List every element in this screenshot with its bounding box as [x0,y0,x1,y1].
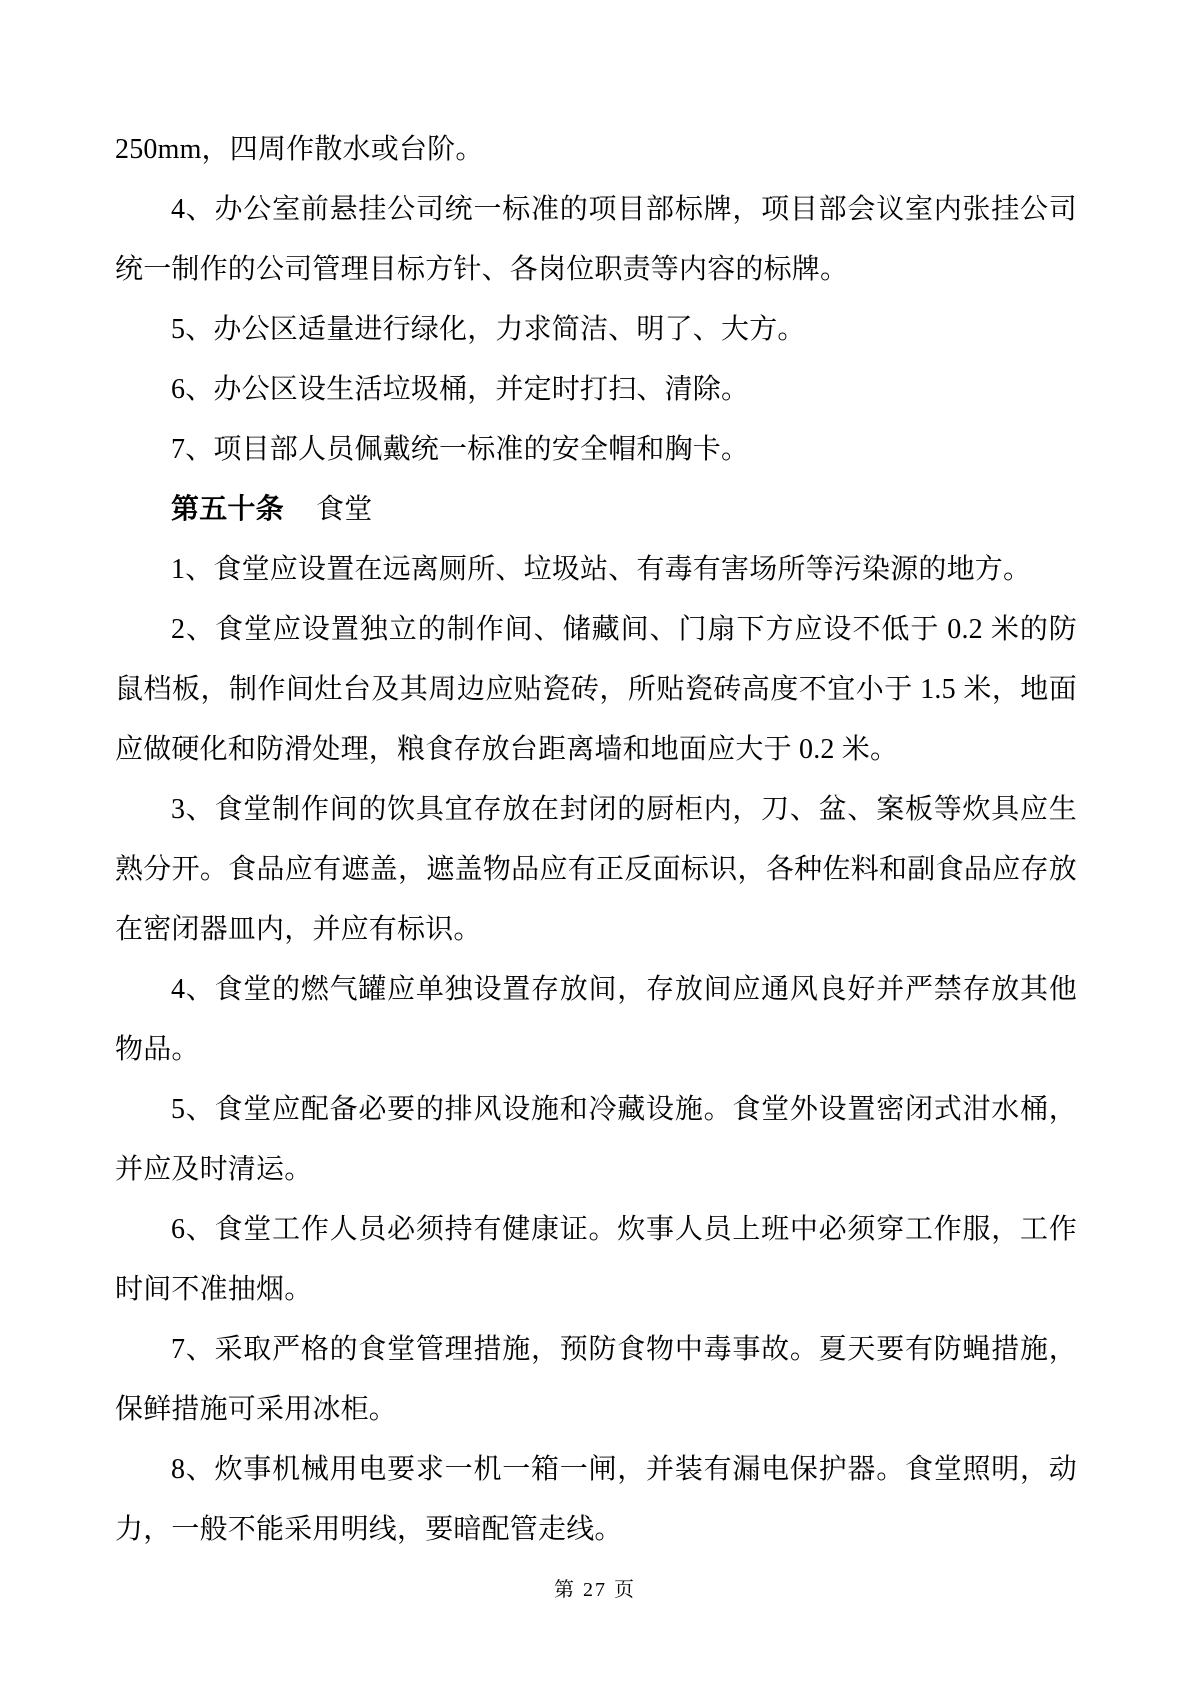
paragraph: 6、办公区设生活垃圾桶，并定时打扫、清除。 [115,360,1077,420]
paragraph: 4、办公室前悬挂公司统一标准的项目部标牌，项目部会议室内张挂公司统一制作的公司管… [115,180,1077,300]
section-heading: 第五十条食堂 [115,480,1077,540]
page-number: 第 27 页 [554,1579,636,1601]
paragraph: 250mm，四周作散水或台阶。 [115,120,1077,180]
paragraph: 1、食堂应设置在远离厕所、垃圾站、有毒有害场所等污染源的地方。 [115,540,1077,600]
heading-title: 食堂 [316,494,372,525]
paragraph: 7、项目部人员佩戴统一标准的安全帽和胸卡。 [115,420,1077,480]
paragraph: 7、采取严格的食堂管理措施，预防食物中毒事故。夏天要有防蝇措施，保鲜措施可采用冰… [115,1320,1077,1440]
paragraph: 8、炊事机械用电要求一机一箱一闸，并装有漏电保护器。食堂照明，动力，一般不能采用… [115,1440,1077,1560]
paragraph: 5、办公区适量进行绿化，力求简洁、明了、大方。 [115,300,1077,360]
document-body: 250mm，四周作散水或台阶。4、办公室前悬挂公司统一标准的项目部标牌，项目部会… [115,120,1077,1560]
document-page: 250mm，四周作散水或台阶。4、办公室前悬挂公司统一标准的项目部标牌，项目部会… [0,0,1190,1683]
paragraph: 6、食堂工作人员必须持有健康证。炊事人员上班中必须穿工作服，工作时间不准抽烟。 [115,1200,1077,1320]
paragraph: 5、食堂应配备必要的排风设施和冷藏设施。食堂外设置密闭式泔水桶，并应及时清运。 [115,1080,1077,1200]
paragraph: 3、食堂制作间的饮具宜存放在封闭的厨柜内，刀、盆、案板等炊具应生熟分开。食品应有… [115,780,1077,960]
heading-number: 第五十条 [171,494,284,525]
page-footer: 第 27 页 [0,1576,1190,1604]
paragraph: 2、食堂应设置独立的制作间、储藏间、门扇下方应设不低于 0.2 米的防鼠档板，制… [115,600,1077,780]
paragraph: 4、食堂的燃气罐应单独设置存放间，存放间应通风良好并严禁存放其他物品。 [115,960,1077,1080]
